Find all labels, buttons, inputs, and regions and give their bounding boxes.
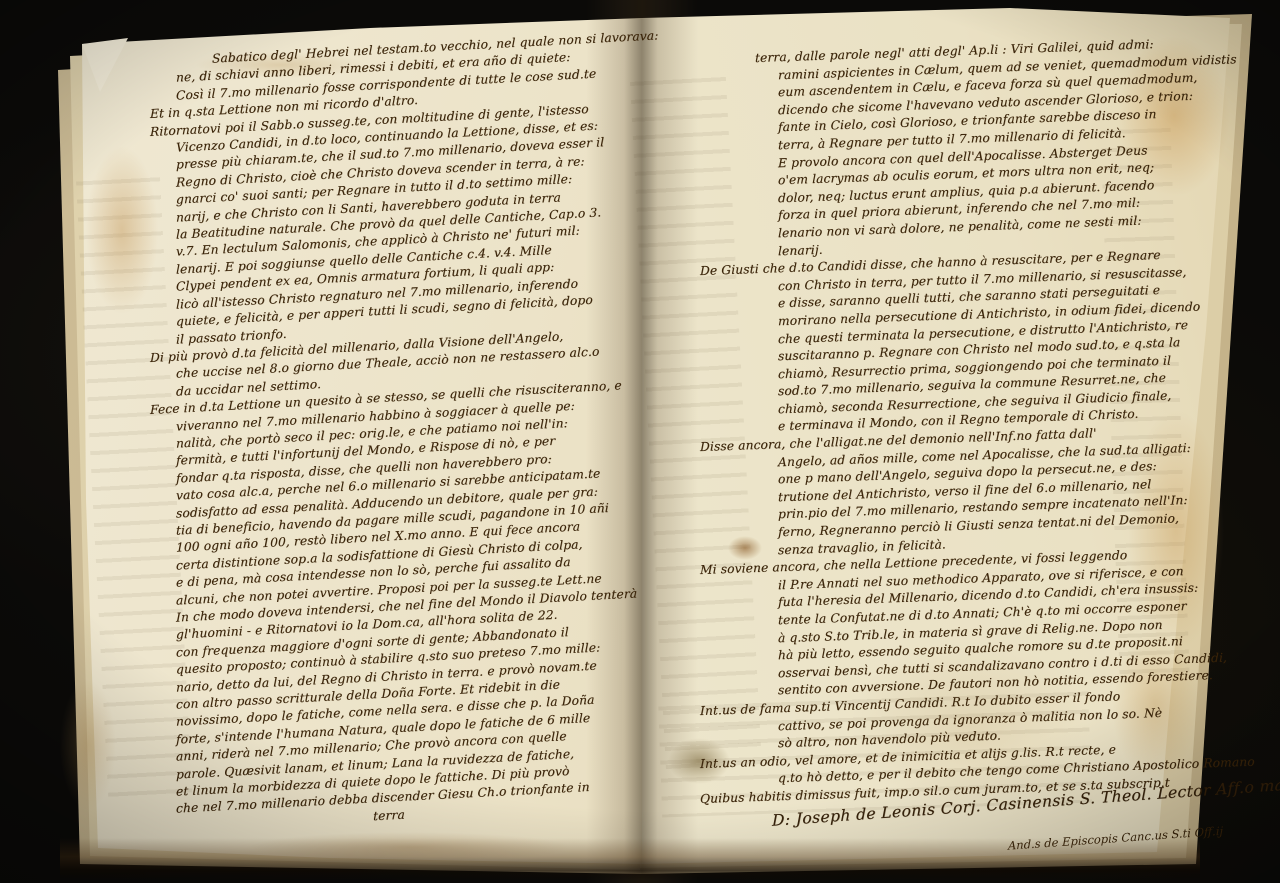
manuscript-photo: Sabatico degl' Hebrei nel testam.to vecc…	[0, 0, 1280, 883]
paper-stain	[60, 680, 116, 810]
page-bottom-shadow	[60, 838, 1200, 880]
left-page-text: Sabatico degl' Hebrei nel testam.to vecc…	[150, 29, 628, 837]
paper-stain	[86, 146, 158, 314]
right-page-text: terra, dalle parole negl' atti degl' Ap.…	[700, 34, 1220, 809]
